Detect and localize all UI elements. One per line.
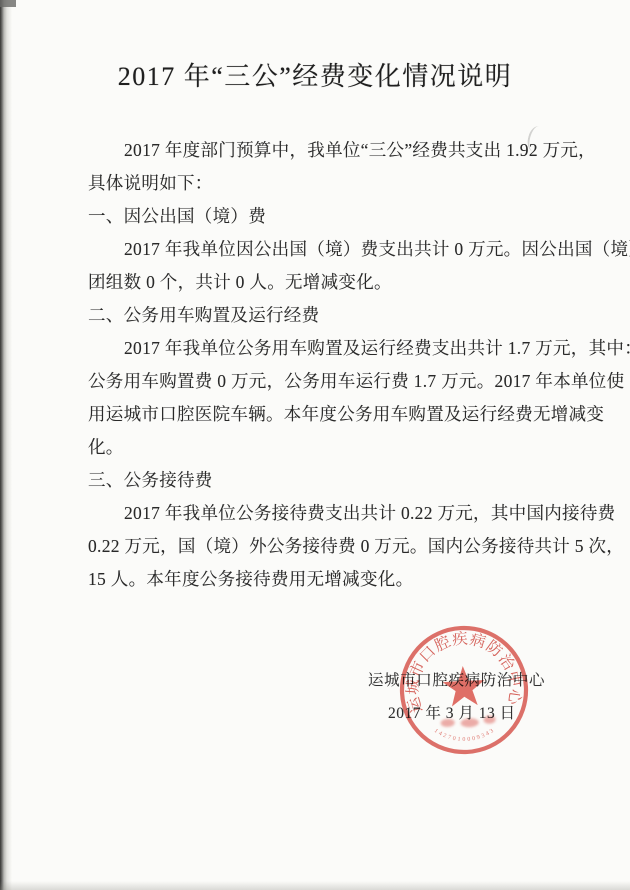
document-body: 2017 年度部门预算中，我单位“三公”经费共支出 1.92 万元， 具体说明如…	[88, 134, 570, 596]
body-line: 2017 年度部门预算中，我单位“三公”经费共支出 1.92 万元，	[88, 134, 570, 167]
section-heading-1: 一、因公出国（境）费	[88, 200, 570, 233]
body-line: 团组数 0 个，共计 0 人。无增减变化。	[88, 266, 570, 299]
body-line: 具体说明如下：	[88, 167, 570, 200]
scan-bottom-shadow	[0, 881, 630, 890]
seal-code: 1427010009343	[433, 725, 496, 745]
body-line: 2017 年我单位公务接待费支出共计 0.22 万元，其中国内接待费	[88, 497, 570, 530]
seal-code-holder: 1427010009343	[433, 725, 496, 745]
seal-star-icon	[442, 665, 486, 707]
scanned-document-page: 2017 年“三公”经费变化情况说明 2017 年度部门预算中，我单位“三公”经…	[0, 0, 630, 890]
body-line: 2017 年我单位因公出国（境）费支出共计 0 万元。因公出国（境）	[88, 233, 570, 266]
body-line: 公务用车购置费 0 万元，公务用车运行费 1.7 万元。2017 年本单位使	[88, 365, 570, 398]
body-line: 15 人。本年度公务接待费用无增减变化。	[88, 563, 570, 596]
document-title: 2017 年“三公”经费变化情况说明	[0, 56, 630, 93]
section-heading-3: 三、公务接待费	[88, 464, 570, 497]
seal-illegible-smudge	[440, 715, 495, 728]
scan-corner-artifact	[0, 0, 16, 7]
body-line: 0.22 万元，国（境）外公务接待费 0 万元。国内公务接待共计 5 次，	[88, 530, 570, 563]
body-line: 用运城市口腔医院车辆。本年度公务用车购置及运行经费无增减变	[88, 398, 570, 431]
scan-edge-artifact	[0, 0, 12, 890]
body-line: 2017 年我单位公务用车购置及运行经费支出共计 1.7 万元，其中：	[88, 332, 570, 365]
section-heading-2: 二、公务用车购置及运行经费	[88, 299, 570, 332]
official-seal: 运城市口腔疾病防治中心 1427010009343	[393, 619, 536, 762]
body-line: 化。	[88, 431, 570, 464]
